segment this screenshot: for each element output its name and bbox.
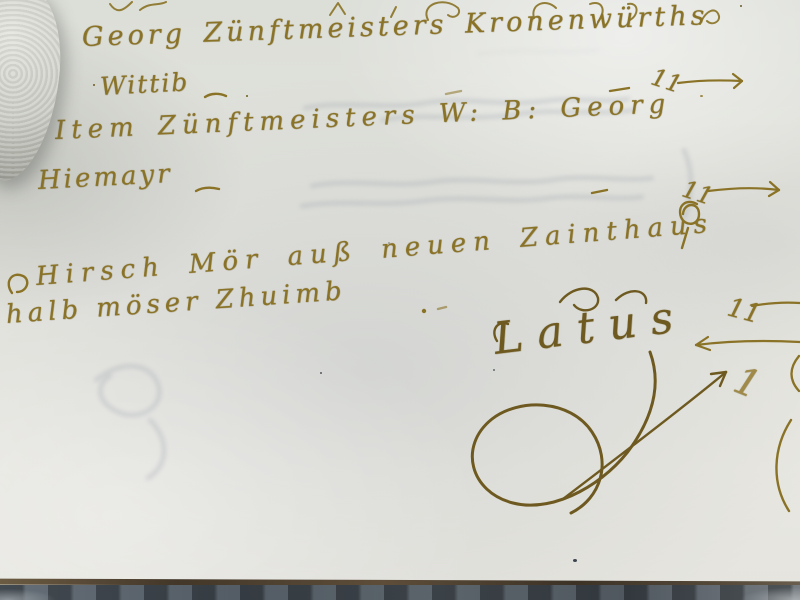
ink-speck <box>700 95 703 97</box>
filler-dashes <box>196 88 629 313</box>
double-loop-flourish <box>680 202 699 248</box>
table-surface-band <box>0 585 800 600</box>
amount-rule-lines <box>678 74 800 350</box>
manuscript-photo: Georg Zünftmeisters Kronenwürths Wittib … <box>0 0 800 600</box>
latus-signature-flourish <box>472 289 726 513</box>
ink-speck <box>740 5 742 7</box>
cropped-top-line-fragments <box>110 2 719 24</box>
ink-flourishes <box>0 0 800 600</box>
ink-speck <box>93 84 95 86</box>
ink-speck <box>573 559 577 562</box>
ink-speck <box>246 95 248 97</box>
right-edge-stroke-fragments <box>9 275 799 511</box>
paper-speck <box>493 369 495 371</box>
paper-speck <box>388 242 390 244</box>
paper-speck <box>320 372 322 374</box>
